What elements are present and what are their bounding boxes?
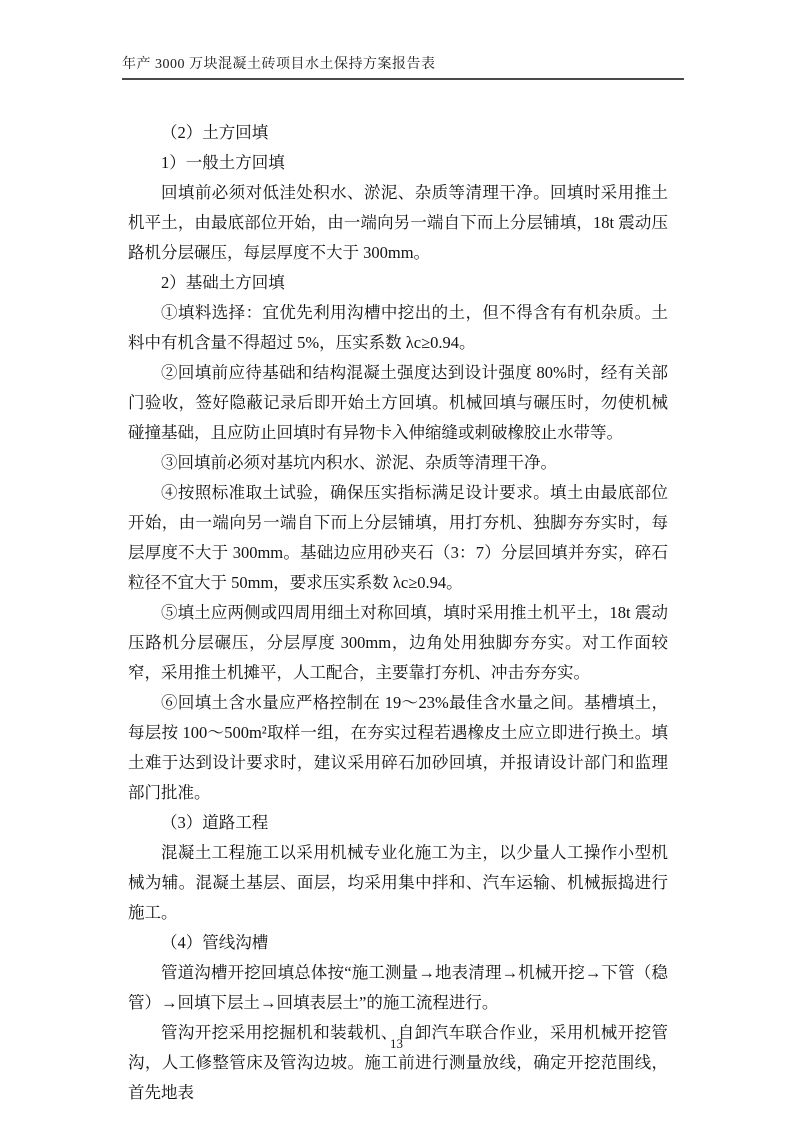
paragraph: 管沟开挖采用挖掘机和装载机、自卸汽车联合作业，采用机械开挖管沟，人工修整管床及管…: [128, 1018, 668, 1108]
header-title: 年产 3000 万块混凝土砖项目水土保持方案报告表: [122, 57, 436, 72]
paragraph: 2）基础土方回填: [128, 268, 668, 298]
paragraph: 1）一般土方回填: [128, 148, 668, 178]
page-footer: 13: [0, 1036, 793, 1052]
paragraph: ⑤填土应两侧或四周用细土对称回填，填时采用推土机平土，18t 震动压路机分层碾压…: [128, 598, 668, 688]
paragraph: ①填料选择：宜优先利用沟槽中挖出的土，但不得含有有机杂质。土料中有机含量不得超过…: [128, 298, 668, 358]
paragraph: 混凝土工程施工以采用机械专业化施工为主，以少量人工操作小型机械为辅。混凝土基层、…: [128, 838, 668, 928]
paragraph: （3）道路工程: [128, 808, 668, 838]
paragraph: ③回填前必须对基坑内积水、淤泥、杂质等清理干净。: [128, 448, 668, 478]
paragraph: ⑥回填土含水量应严格控制在 19～23%最佳含水量之间。基槽填土，每层按 100…: [128, 688, 668, 808]
document-body: （2）土方回填1）一般土方回填回填前必须对低洼处积水、淤泥、杂质等清理干净。回填…: [128, 118, 668, 1108]
paragraph: ④按照标准取土试验，确保压实指标满足设计要求。填土由最底部位开始，由一端向另一端…: [128, 478, 668, 598]
paragraph: 回填前必须对低洼处积水、淤泥、杂质等清理干净。回填时采用推土机平土，由最底部位开…: [128, 178, 668, 268]
paragraph: （2）土方回填: [128, 118, 668, 148]
page-header: 年产 3000 万块混凝土砖项目水土保持方案报告表: [122, 56, 684, 80]
paragraph: 管道沟槽开挖回填总体按“施工测量→地表清理→机械开挖→下管（稳管）→回填下层土→…: [128, 958, 668, 1018]
paragraph: （4）管线沟槽: [128, 928, 668, 958]
document-page: 年产 3000 万块混凝土砖项目水土保持方案报告表 （2）土方回填1）一般土方回…: [0, 0, 793, 1122]
paragraph: ②回填前应待基础和结构混凝土强度达到设计强度 80%时，经有关部门验收，签好隐蔽…: [128, 358, 668, 448]
page-number: 13: [390, 1036, 403, 1051]
